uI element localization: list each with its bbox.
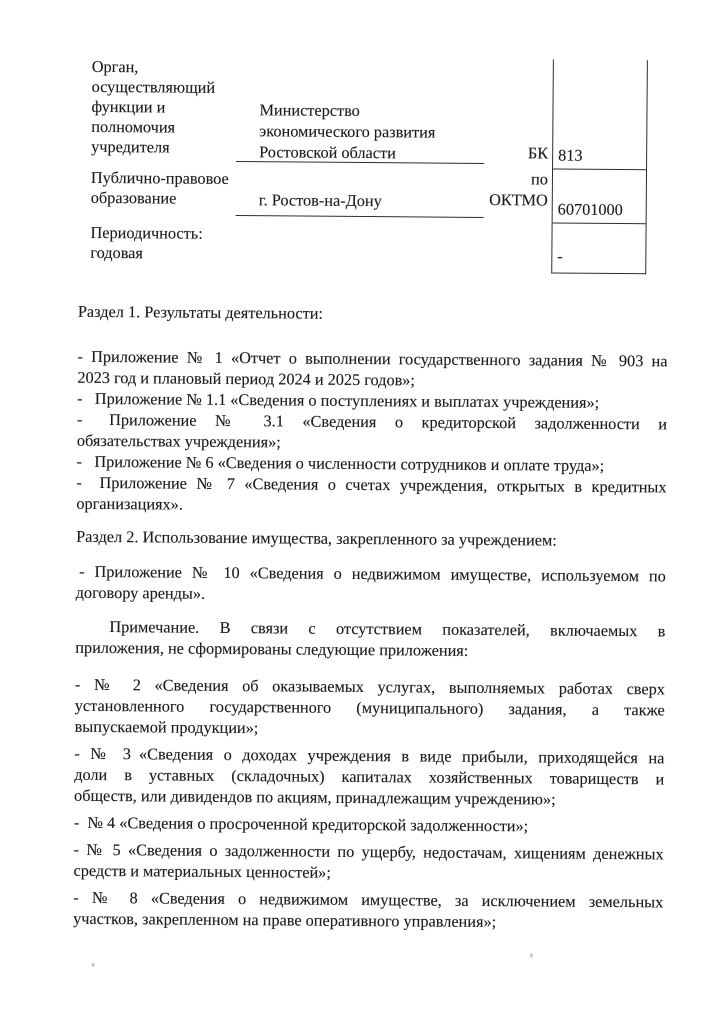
scan-speck: [92, 963, 95, 967]
oktmo-code-label: по ОКТМО: [478, 168, 548, 211]
section2-attachment-list: - Приложение № 10 «Сведения о недвижимом…: [76, 561, 666, 608]
paragraph: - № 8 «Сведения о недвижимом имуществе, …: [73, 887, 663, 934]
periodicity-label: Периодичность: годовая: [90, 223, 255, 264]
section1-heading: Раздел 1. Результаты деятельности:: [78, 301, 668, 327]
omitted-attachment-list: - № 2 «Сведения об оказываемых услугах, …: [73, 674, 665, 934]
paragraph: - № 2 «Сведения об оказываемых услугах, …: [75, 674, 665, 742]
scanned-document-page: Орган, осуществляющий функции и полномоч…: [0, 0, 720, 1016]
paragraph: - Приложение № 10 «Сведения о недвижимом…: [76, 561, 666, 608]
paragraph: - № 4 «Сведения о просроченной кредиторс…: [74, 812, 664, 838]
scan-speck: [530, 953, 533, 957]
codes-cell-oktmo: 60701000: [553, 170, 646, 225]
note-paragraph: Примечание. В связи с отсутствием показа…: [75, 616, 665, 663]
paragraph: - Приложение № 1 «Отчет о выполнении гос…: [77, 346, 667, 393]
bk-code-label: БК: [448, 142, 548, 164]
founder-authority-label: Орган, осуществляющий функции и полномоч…: [91, 57, 257, 158]
paragraph: - Приложение № 3.1 «Сведения о кредиторс…: [77, 409, 667, 456]
paragraph: - № 5 «Сведения о задолженности по ущерб…: [73, 839, 663, 886]
bk-code-value: 813: [558, 147, 583, 165]
document-body: Раздел 1. Результаты деятельности: - При…: [73, 301, 668, 934]
paragraph: Примечание. В связи с отсутствием показа…: [75, 616, 665, 663]
codes-cell-empty: -: [552, 224, 645, 274]
empty-code-value: -: [557, 248, 563, 266]
founder-authority-value: Министерство экономического развития Рос…: [259, 99, 474, 164]
public-entity-label: Публично-правовое образование: [91, 168, 256, 209]
value-underline: [236, 215, 484, 218]
paragraph: - Приложение № 7 «Сведения о счетах учре…: [76, 472, 666, 519]
public-entity-value: г. Ростов-на-Дону: [259, 189, 474, 212]
section1-attachment-list: - Приложение № 1 «Отчет о выполнении гос…: [76, 346, 667, 519]
section2-heading: Раздел 2. Использование имущества, закре…: [76, 526, 666, 552]
paragraph: - № 3 «Сведения о доходах учреждения в в…: [74, 743, 664, 811]
codes-table: 813 60701000 -: [551, 60, 648, 275]
text-line: - № 4 «Сведения о просроченной кредиторс…: [74, 812, 664, 838]
oktmo-code-value: 60701000: [558, 201, 623, 220]
codes-cell-bk: 813: [553, 60, 647, 171]
